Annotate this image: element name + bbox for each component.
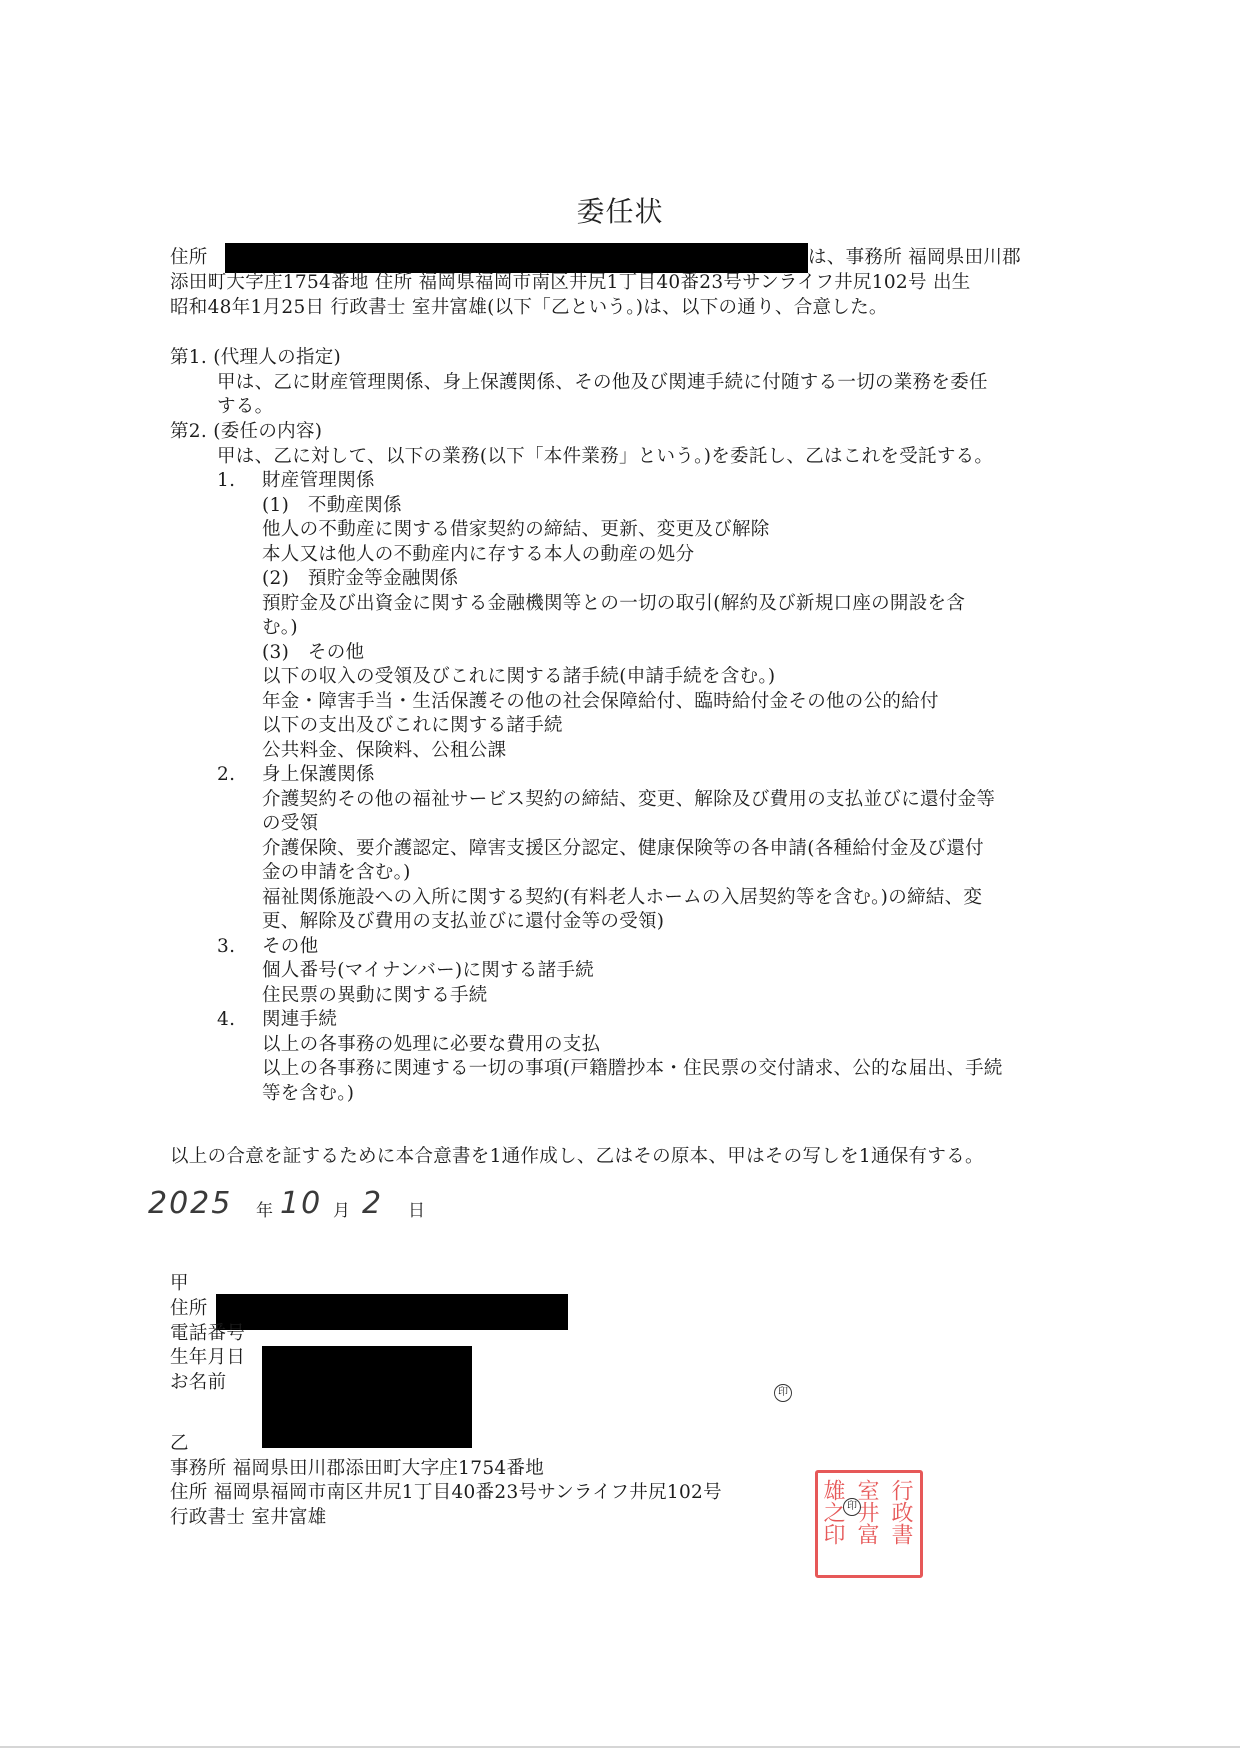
- party-b-office: 事務所 福岡県田川郡添田町大字庄1754番地: [170, 1457, 544, 1481]
- section1-line: (1) 不動産関係: [262, 494, 402, 518]
- section1-line: 公共料金、保険料、公租公課: [262, 739, 506, 763]
- section2-line: 介護保険、要介護認定、障害支援区分認定、健康保険等の各申請(各種給付金及び還付: [262, 837, 984, 861]
- section4-title: 関連手続: [262, 1008, 337, 1032]
- section3-number: 3.: [217, 935, 235, 959]
- section2-line: 更、解除及び費用の支払並びに還付金等の受領): [262, 910, 664, 934]
- redacted-principal-address: [225, 243, 808, 273]
- section3-line: 住民票の異動に関する手続: [262, 984, 488, 1008]
- date-year-label: 年: [256, 1196, 273, 1221]
- section1-line: (3) その他: [262, 641, 364, 665]
- party-a-phone-label: 電話番号: [170, 1322, 245, 1346]
- section4-number: 4.: [217, 1008, 235, 1032]
- article1-body-line2: する。: [217, 395, 273, 419]
- section2-title: 身上保護関係: [262, 763, 375, 787]
- date-year-handwritten: 2025: [148, 1186, 232, 1221]
- party-a-label: 甲: [170, 1272, 189, 1296]
- section1-line: 本人又は他人の不動産内に存する本人の動産の処分: [262, 543, 694, 567]
- section1-line: む。): [262, 616, 298, 640]
- intro-address-label: 住所: [170, 246, 208, 270]
- section1-line: (2) 預貯金等金融関係: [262, 567, 458, 591]
- party-b-name: 行政書士 室井富雄: [170, 1506, 327, 1530]
- redacted-party-a-address: [216, 1294, 568, 1330]
- party-b-label: 乙: [170, 1432, 189, 1456]
- date-day-handwritten: 2: [362, 1186, 383, 1221]
- section4-line: 以上の各事務に関連する一切の事項(戸籍謄抄本・住民票の交付請求、公的な届出、手続: [262, 1057, 1003, 1081]
- section4-line: 等を含む。): [262, 1082, 354, 1106]
- official-seal-stamp: 行政書 室井富 雄之印: [815, 1470, 923, 1578]
- closing-statement: 以上の合意を証するために本合意書を1通作成し、乙はその原本、甲はその写しを1通保…: [170, 1145, 984, 1169]
- intro-line1-suffix: は、事務所 福岡県田川郡: [808, 246, 1021, 270]
- party-a-address-label: 住所: [170, 1297, 208, 1321]
- section2-line: 介護契約その他の福祉サービス契約の締結、変更、解除及び費用の支払並びに還付金等: [262, 788, 995, 812]
- intro-line2: 添田町大字庄1754番地 住所 福岡県福岡市南区井尻1丁目40番23号サンライフ…: [170, 271, 971, 295]
- section2-line: 金の申請を含む。): [262, 861, 411, 885]
- stamp-column: 雄之印: [818, 1479, 848, 1545]
- party-a-name-label: お名前: [170, 1371, 226, 1395]
- section2-line: の受領: [262, 812, 318, 836]
- article1-body-line1: 甲は、乙に財産管理関係、身上保護関係、その他及び関連手続に付随する一切の業務を委…: [217, 371, 988, 395]
- article1-heading: 第1. (代理人の指定): [170, 346, 341, 370]
- date-month-label: 月: [333, 1196, 350, 1221]
- section1-title: 財産管理関係: [262, 469, 375, 493]
- party-b-address: 住所 福岡県福岡市南区井尻1丁目40番23号サンライフ井尻102号: [170, 1481, 722, 1505]
- section1-line: 年金・障害手当・生活保護その他の社会保障給付、臨時給付金その他の公的給付: [262, 690, 939, 714]
- section2-number: 2.: [217, 763, 235, 787]
- document-title: 委任状: [0, 190, 1240, 230]
- section1-number: 1.: [217, 469, 235, 493]
- section3-title: その他: [262, 935, 318, 959]
- scan-edge-line: [0, 1746, 1240, 1748]
- document-page: 委任状 住所 は、事務所 福岡県田川郡 添田町大字庄1754番地 住所 福岡県福…: [0, 0, 1240, 1754]
- stamp-column: 行政書: [886, 1479, 916, 1545]
- section1-line: 以下の収入の受領及びこれに関する諸手続(申請手続を含む。): [262, 665, 775, 689]
- article2-body: 甲は、乙に対して、以下の業務(以下「本件業務」という。)を委託し、乙はこれを受託…: [217, 445, 993, 469]
- section1-line: 他人の不動産に関する借家契約の締結、更新、変更及び解除: [262, 518, 770, 542]
- date-day-label: 日: [408, 1196, 425, 1221]
- seal-mark-party-b: 印: [843, 1498, 861, 1516]
- date-month-handwritten: 10: [280, 1186, 322, 1221]
- intro-line3: 昭和48年1月25日 行政書士 室井富雄(以下「乙という。)は、以下の通り、合意…: [170, 296, 888, 320]
- section3-line: 個人番号(マイナンバー)に関する諸手続: [262, 959, 594, 983]
- section1-line: 預貯金及び出資金に関する金融機関等との一切の取引(解約及び新規口座の開設を含: [262, 592, 965, 616]
- seal-mark-party-a: 印: [774, 1384, 792, 1402]
- section1-line: 以下の支出及びこれに関する諸手続: [262, 714, 563, 738]
- section2-line: 福祉関係施設への入所に関する契約(有料老人ホームの入居契約等を含む。)の締結、変: [262, 886, 982, 910]
- section4-line: 以上の各事務の処理に必要な費用の支払: [262, 1033, 600, 1057]
- party-a-birthdate-label: 生年月日: [170, 1346, 245, 1370]
- article2-heading: 第2. (委任の内容): [170, 420, 322, 444]
- redacted-party-a-personal-info: [262, 1346, 472, 1448]
